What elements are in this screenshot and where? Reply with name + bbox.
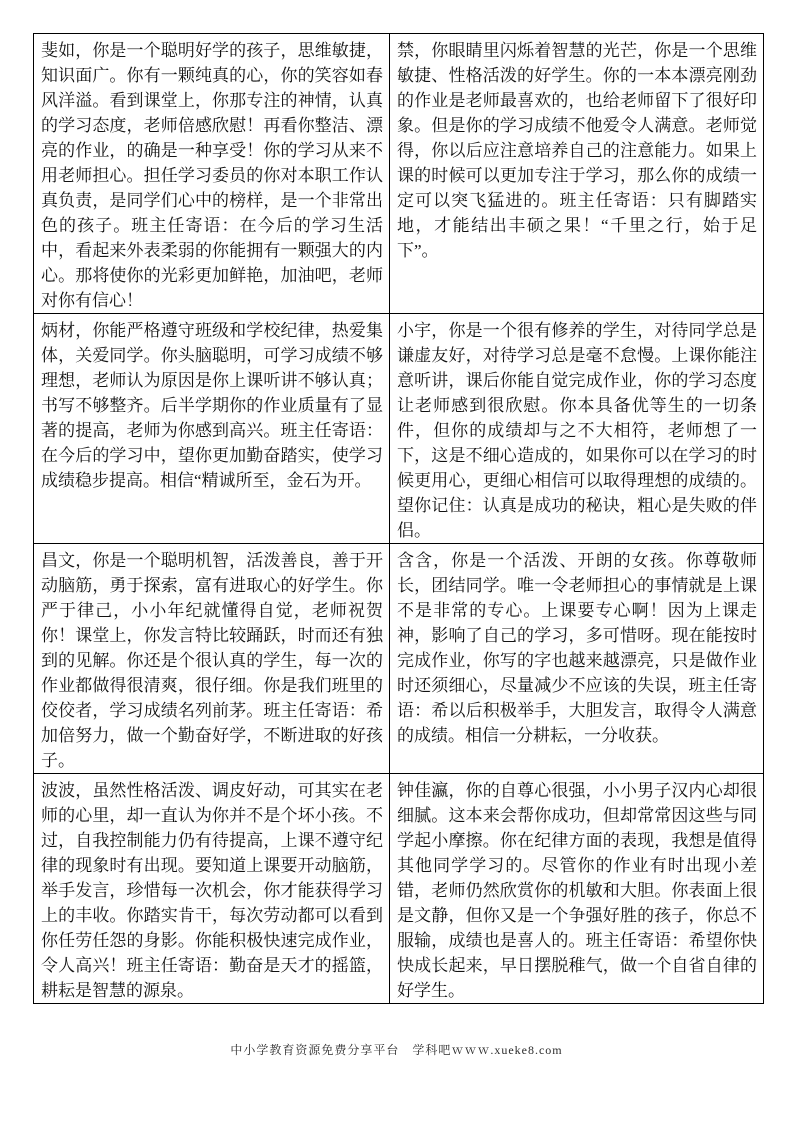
table-row: 波波，虽然性格活泼、调皮好动，可其实在老师的心里，却一直认为你并不是个坏小孩。不… <box>34 774 764 1004</box>
table-row: 昌文，你是一个聪明机智，活泼善良，善于开动脑筋，勇于探索，富有进取心的好学生。你… <box>34 544 764 774</box>
comment-cell-1: 斐如，你是一个聪明好学的孩子，思维敏捷，知识面广。你有一颗纯真的心，你的笑容如春… <box>34 34 390 314</box>
student-comment: 禁，你眼睛里闪烁着智慧的光芒，你是一个思维敏捷、性格活泼的好学生。你的一本本漂亮… <box>397 38 757 263</box>
table-row: 斐如，你是一个聪明好学的孩子，思维敏捷，知识面广。你有一颗纯真的心，你的笑容如春… <box>34 34 764 314</box>
comments-table: 斐如，你是一个聪明好学的孩子，思维敏捷，知识面广。你有一颗纯真的心，你的笑容如春… <box>33 33 764 1004</box>
student-comment: 含含，你是一个活泼、开朗的女孩。你尊敬师长，团结同学。唯一令老师担心的事情就是上… <box>397 548 757 748</box>
student-comment: 小宇，你是一个很有修养的学生，对待同学总是谦虚友好，对待学习总是毫不怠慢。上课你… <box>397 318 757 543</box>
comment-cell-2: 禁，你眼睛里闪烁着智慧的光芒，你是一个思维敏捷、性格活泼的好学生。你的一本本漂亮… <box>390 34 764 314</box>
student-comment: 炳材，你能严格遵守班级和学校纪律，热爱集体，关爱同学。你头脑聪明，可学习成绩不够… <box>41 318 383 493</box>
comment-cell-7: 波波，虽然性格活泼、调皮好动，可其实在老师的心里，却一直认为你并不是个坏小孩。不… <box>34 774 390 1004</box>
student-comment: 钟佳瀛，你的自尊心很强，小小男子汉内心却很细腻。这本来会帮你成功，但却常常因这些… <box>397 778 757 1003</box>
comment-cell-3: 炳材，你能严格遵守班级和学校纪律，热爱集体，关爱同学。你头脑聪明，可学习成绩不够… <box>34 314 390 544</box>
student-comment: 斐如，你是一个聪明好学的孩子，思维敏捷，知识面广。你有一颗纯真的心，你的笑容如春… <box>41 38 383 313</box>
student-comment: 波波，虽然性格活泼、调皮好动，可其实在老师的心里，却一直认为你并不是个坏小孩。不… <box>41 778 383 1003</box>
comment-cell-5: 昌文，你是一个聪明机智，活泼善良，善于开动脑筋，勇于探索，富有进取心的好学生。你… <box>34 544 390 774</box>
report-page: 斐如，你是一个聪明好学的孩子，思维敏捷，知识面广。你有一颗纯真的心，你的笑容如春… <box>0 0 793 1122</box>
comment-cell-8: 钟佳瀛，你的自尊心很强，小小男子汉内心却很细腻。这本来会帮你成功，但却常常因这些… <box>390 774 764 1004</box>
comment-cell-6: 含含，你是一个活泼、开朗的女孩。你尊敬师长，团结同学。唯一令老师担心的事情就是上… <box>390 544 764 774</box>
footer-text: 中小学教育资源免费分享平台 学科吧ｗｗｗ.xueke8.com <box>0 1041 793 1058</box>
table-row: 炳材，你能严格遵守班级和学校纪律，热爱集体，关爱同学。你头脑聪明，可学习成绩不够… <box>34 314 764 544</box>
student-comment: 昌文，你是一个聪明机智，活泼善良，善于开动脑筋，勇于探索，富有进取心的好学生。你… <box>41 548 383 773</box>
comment-cell-4: 小宇，你是一个很有修养的学生，对待同学总是谦虚友好，对待学习总是毫不怠慢。上课你… <box>390 314 764 544</box>
